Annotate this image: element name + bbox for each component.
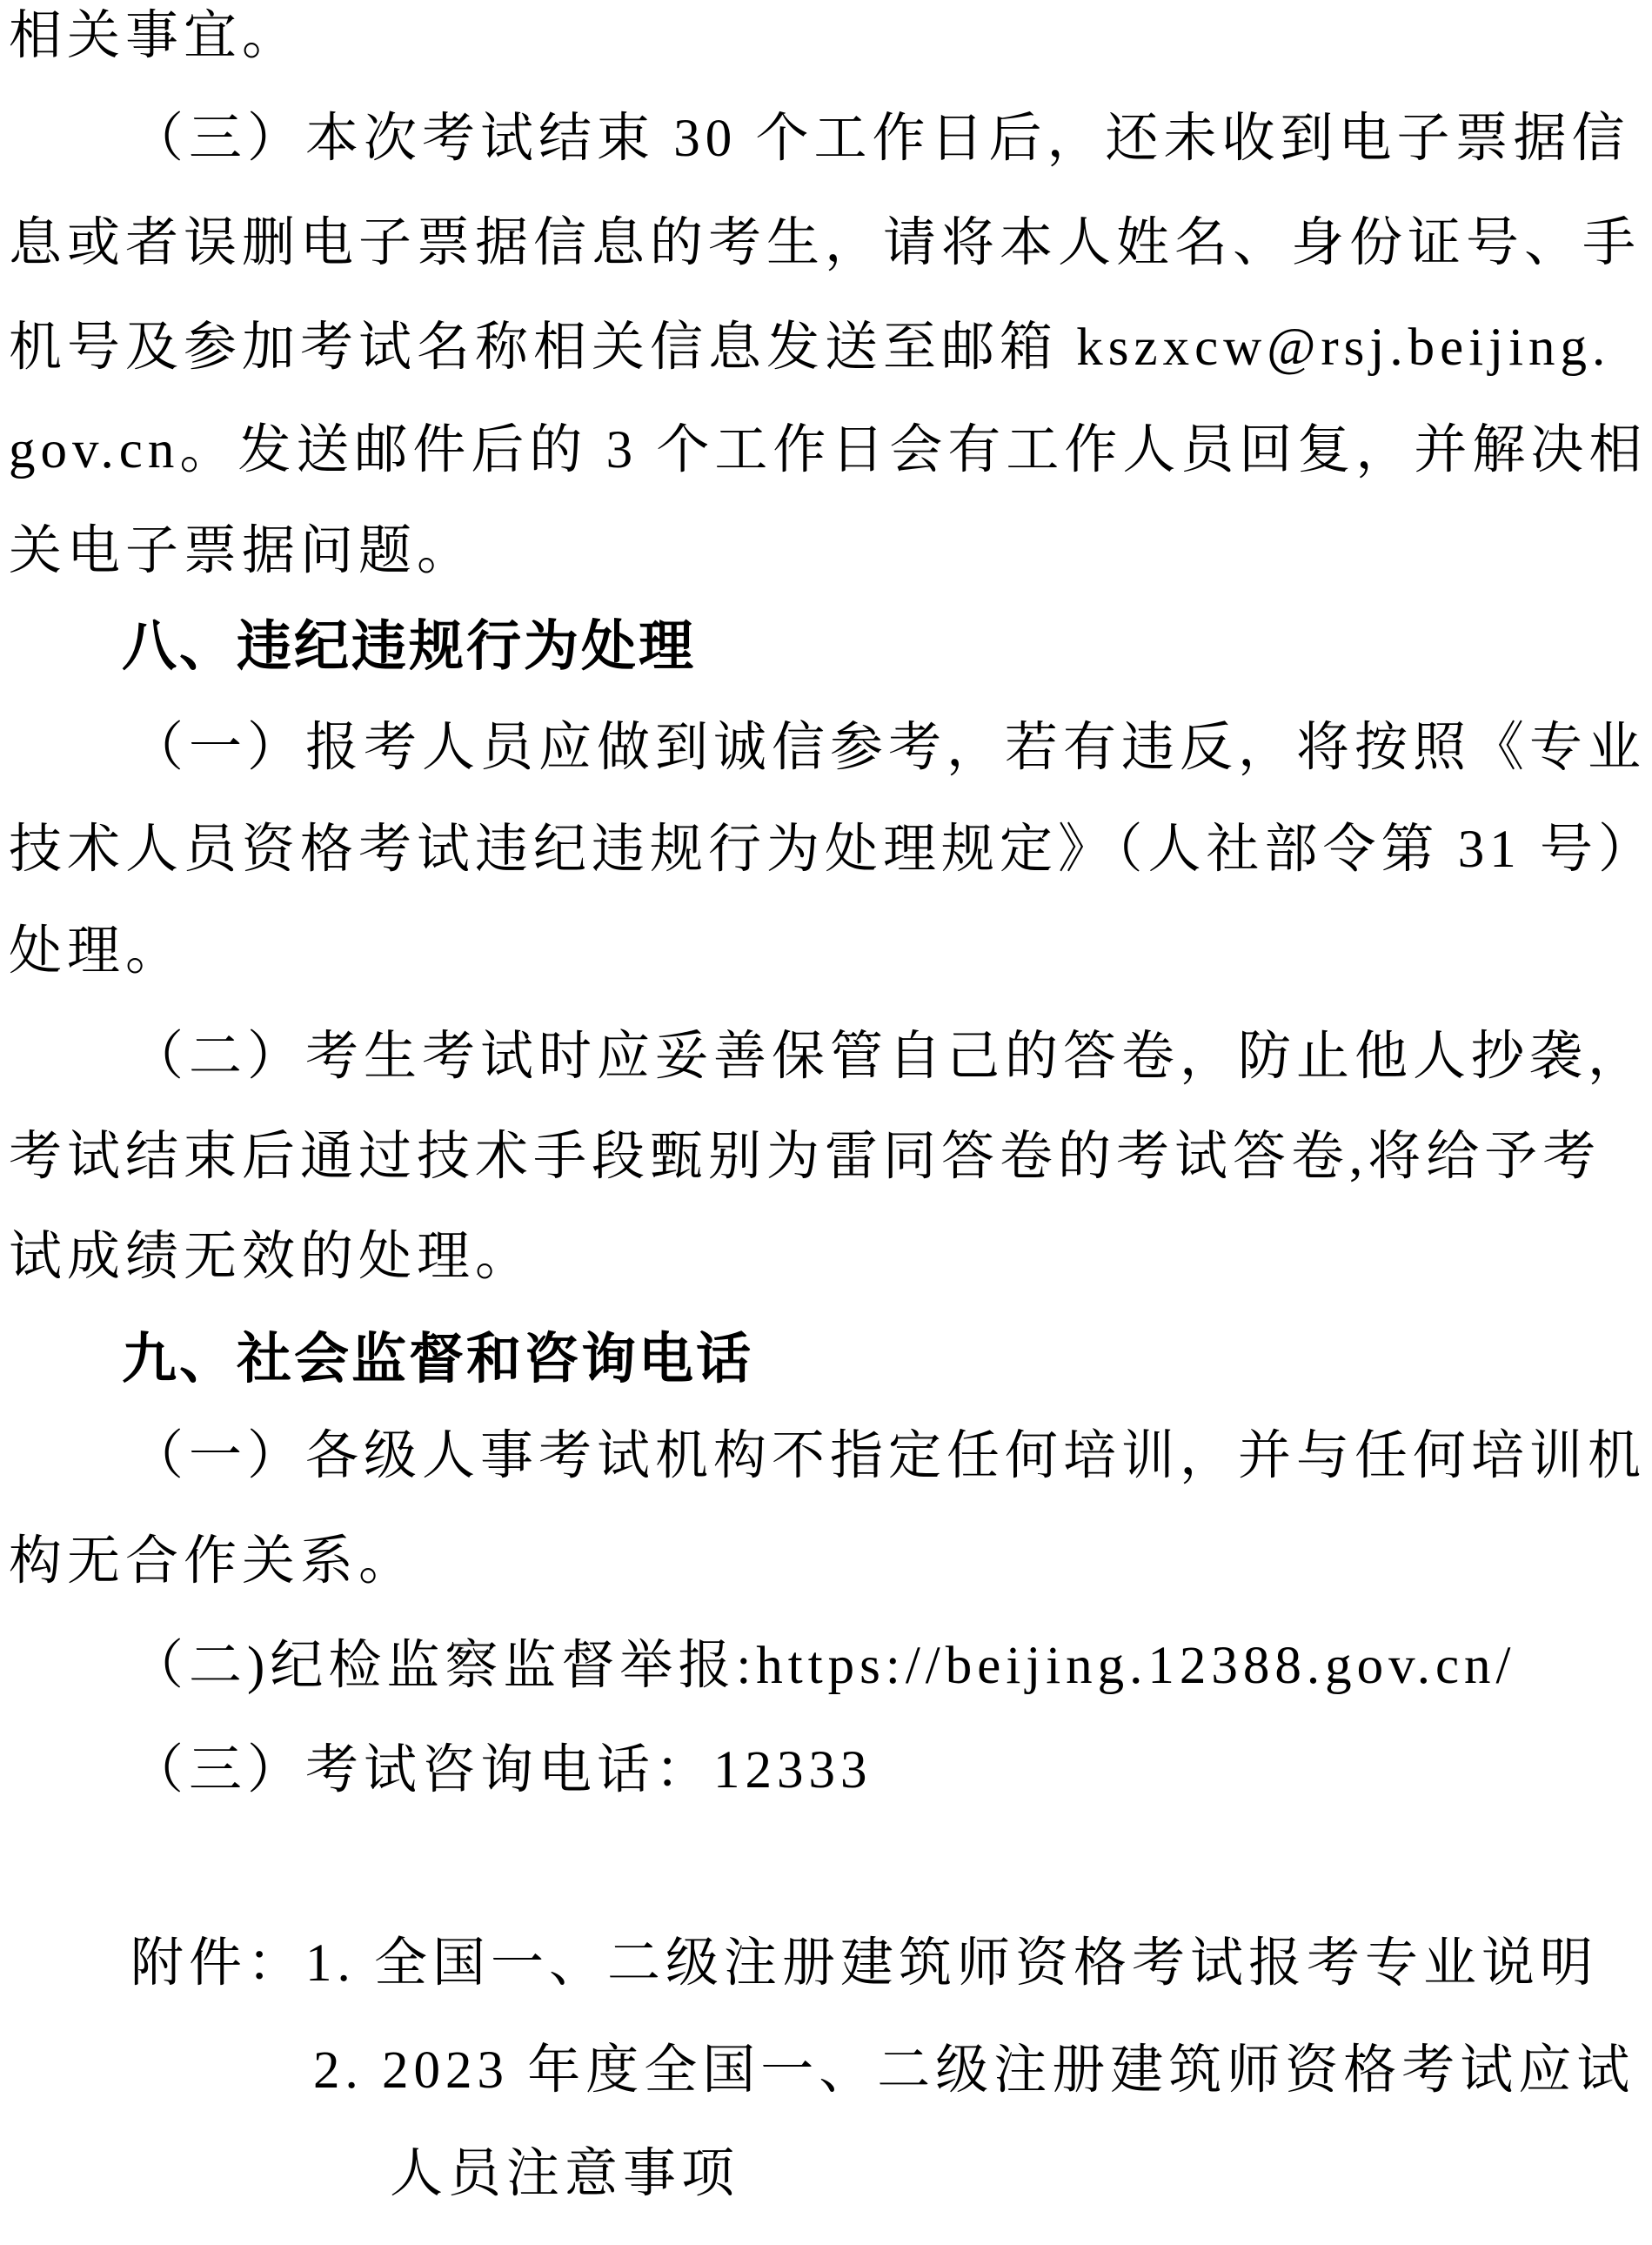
text-line-consult-hotline: （三）考试咨询电话：12333	[9, 1741, 1642, 1800]
text-line-no-training-end: 构无合作关系。	[9, 1532, 1642, 1592]
text-line-answer-sheet-cont: 考试结束后通过技术手段甄别为雷同答卷的考试答卷,将给予考	[9, 1128, 1642, 1187]
text-line-ebill-reply: gov.cn。发送邮件后的 3 个工作日会有工作人员回复，并解决相	[9, 421, 1642, 480]
text-line-invalid-score-end: 试成绩无效的处理。	[9, 1228, 1642, 1287]
text-line-no-training-start: （一）各级人事考试机构不指定任何培训，并与任何培训机	[9, 1427, 1642, 1486]
text-line-ebill-email: 机号及参加考试名称相关信息发送至邮箱 kszxcw@rsj.beijing.	[9, 318, 1642, 378]
text-line-item3-ebill-start: （三）本次考试结束 30 个工作日后，还未收到电子票据信	[9, 110, 1642, 169]
text-line-handle-end: 处理。	[9, 922, 1642, 982]
heading-section-8-violations: 八、违纪违规行为处理	[9, 616, 1642, 678]
heading-section-9-supervision: 九、社会监督和咨询电话	[9, 1329, 1642, 1391]
attachment-line-1: 附件：1. 全国一、二级注册建筑师资格考试报考专业说明	[9, 1934, 1642, 1994]
document-page: 相关事宜。 （三）本次考试结束 30 个工作日后，还未收到电子票据信 息或者误删…	[0, 0, 1652, 2245]
text-line-answer-sheet-start: （二）考生考试时应妥善保管自己的答卷，防止他人抄袭，	[9, 1028, 1642, 1087]
text-line-ebill-end: 关电子票据问题。	[9, 522, 1642, 581]
text-line-integrity-start: （一）报考人员应做到诚信参考，若有违反，将按照《专业	[9, 719, 1642, 778]
text-line-ebill-cont-1: 息或者误删电子票据信息的考生，请将本人姓名、身份证号、手	[9, 214, 1642, 273]
text-line-discipline-report-url: （二)纪检监察监督举报:https://beijing.12388.gov.cn…	[9, 1637, 1642, 1696]
text-line-related-matters: 相关事宜。	[9, 7, 1642, 66]
text-line-regulation-no31: 技术人员资格考试违纪违规行为处理规定》（人社部令第 31 号）	[9, 821, 1642, 880]
attachment-line-2-cont: 人员注意事项	[9, 2145, 1642, 2204]
attachment-line-2: 2. 2023 年度全国一、二级注册建筑师资格考试应试	[9, 2041, 1642, 2101]
